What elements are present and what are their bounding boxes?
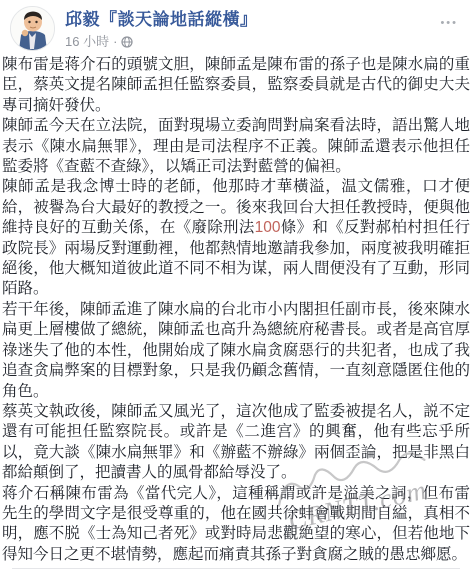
- highlighted-number: 100: [255, 219, 281, 236]
- author-name-link[interactable]: 邱毅『談天論地話縱橫』: [65, 9, 258, 30]
- avatar[interactable]: [10, 6, 55, 51]
- post-meta: 16 小時 ·: [65, 34, 424, 49]
- divider: [12, 568, 460, 569]
- more-options-button[interactable]: •••: [436, 14, 462, 32]
- globe-icon: [121, 36, 133, 48]
- post-paragraph: 陳師孟今天在立法院，面對現場立委詢問對扁案看法時，語出驚人地表示《陳水扁無罪》，…: [2, 116, 470, 177]
- timestamp-link[interactable]: 16 小時: [65, 34, 109, 49]
- header-text: 邱毅『談天論地話縱橫』 16 小時 ·: [65, 9, 424, 49]
- post-paragraph: 陳布雷是蒋介石的頭號文胆，陳師孟是陳布雷的孫子也是陳水扁的重臣，蔡英文提名陳師孟…: [2, 55, 470, 116]
- post-paragraph: 陳師孟是我念博士時的老師，他那時才華橫溢，温文儒雅，口才便給，被譽為台大最好的教…: [2, 177, 470, 299]
- avatar-cartoon: [11, 7, 54, 50]
- post-paragraph: 蒋介石稱陳布雷為《當代完人》，這種稱謂或許是溢美之詞，但布雷先生的學問文字是很受…: [2, 484, 470, 566]
- post-text: 陳布雷是蒋介石的頭號文胆，陳師孟是陳布雷的孫子也是陳水扁的重臣，蔡英文提名陳師孟…: [2, 55, 470, 565]
- facebook-post-card: 邱毅『談天論地話縱橫』 16 小時 · ••• 陳布雷是蒋介石的頭號文胆，陳師孟…: [0, 0, 472, 582]
- post-paragraph: 蔡英文執政後，陳師孟又風光了，這次他成了監委被提名人，説不定還有可能担任監察院長…: [2, 402, 470, 484]
- post-header: 邱毅『談天論地話縱橫』 16 小時 · •••: [10, 6, 464, 56]
- post-paragraph: 若干年後，陳師孟進了陳水扁的台北市小内閣担任副市長，後來陳水扁更上層樓做了總統，…: [2, 300, 470, 402]
- meta-separator: ·: [113, 34, 117, 49]
